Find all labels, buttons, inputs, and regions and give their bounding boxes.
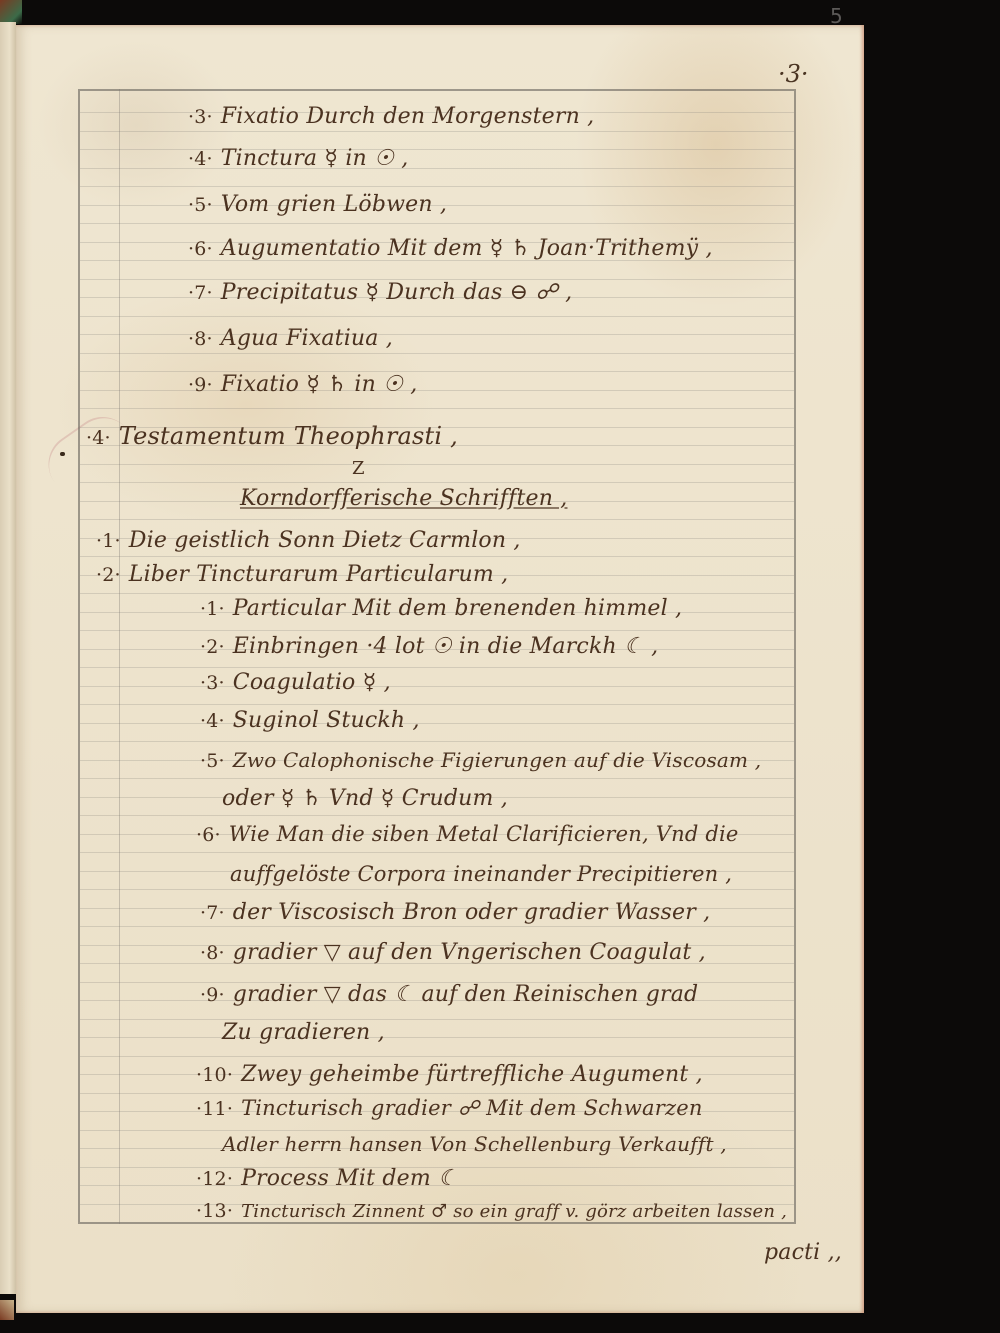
entry-line: ·2·Liber Tincturarum Particularum , [96, 562, 508, 587]
heading-marker: Z [352, 458, 365, 479]
entry-line: ·7·der Viscosisch Bron oder gradier Wass… [200, 900, 710, 925]
entry-line: ·7·Precipitatus ☿ Durch das ⊖ ☍ , [188, 280, 572, 305]
entry-line: ·4·Tinctura ☿ in ☉ , [188, 146, 408, 171]
folio-number: 5 [830, 4, 843, 28]
entry-line-continued: Adler herrn hansen Von Schellenburg Verk… [222, 1132, 727, 1156]
margin-rule [119, 89, 120, 1224]
entry-line: ·6·Wie Man die siben Metal Clarificieren… [196, 822, 739, 846]
binding-edge-bottom [0, 1300, 14, 1320]
entry-line: ·5·Vom grien Löbwen , [188, 192, 447, 217]
entry-line: ·9·Fixatio ☿ ♄ in ☉ , [188, 372, 417, 397]
entry-line-continued: auffgelöste Corpora ineinander Precipiti… [230, 862, 732, 886]
entry-line: ·9·gradier ▽ das ☾ auf den Reinischen gr… [200, 982, 698, 1007]
entry-line: ·10·Zwey geheimbe fürtreffliche Augument… [196, 1062, 703, 1087]
binding-edge [0, 0, 22, 24]
entry-line-continued: Zu gradieren , [222, 1020, 385, 1045]
section-number: ·3· [778, 60, 809, 88]
entry-line: ·8·gradier ▽ auf den Vngerischen Coagula… [200, 940, 706, 965]
entry-line: ·4·Suginol Stuckh , [200, 708, 420, 733]
section-heading: Korndorfferische Schrifften , [240, 486, 568, 511]
entry-line: ·1·Die geistlich Sonn Dietz Carmlon , [96, 528, 521, 553]
margin-mark [60, 452, 65, 456]
previous-page-edge [0, 22, 16, 1294]
entry-line: ·13·Tincturisch Zinnent ♂ so ein graff v… [196, 1200, 787, 1222]
entry-line: ·1·Particular Mit dem brenenden himmel , [200, 596, 682, 621]
entry-line: ·2·Einbringen ·4 lot ☉ in die Marckh ☾ , [200, 634, 658, 659]
entry-line: ·3·Coagulatio ☿ , [200, 670, 391, 695]
entry-line: ·11·Tincturisch gradier ☍ Mit dem Schwar… [196, 1096, 703, 1120]
entry-line: ·8·Agua Fixatiua , [188, 326, 393, 351]
catchword: pacti ,, [764, 1240, 842, 1265]
entry-line: ·3·Fixatio Durch den Morgenstern , [188, 104, 594, 129]
entry-line: ·6·Augumentatio Mit dem ☿ ♄ Joan·Trithem… [188, 236, 713, 261]
section-heading: ·4·Testamentum Theophrasti , [86, 422, 458, 450]
entry-line: ·5·Zwo Calophonische Figierungen auf die… [200, 748, 761, 772]
entry-line: ·12·Process Mit dem ☾ [196, 1166, 458, 1191]
entry-line-continued: oder ☿ ♄ Vnd ☿ Crudum , [222, 786, 508, 811]
